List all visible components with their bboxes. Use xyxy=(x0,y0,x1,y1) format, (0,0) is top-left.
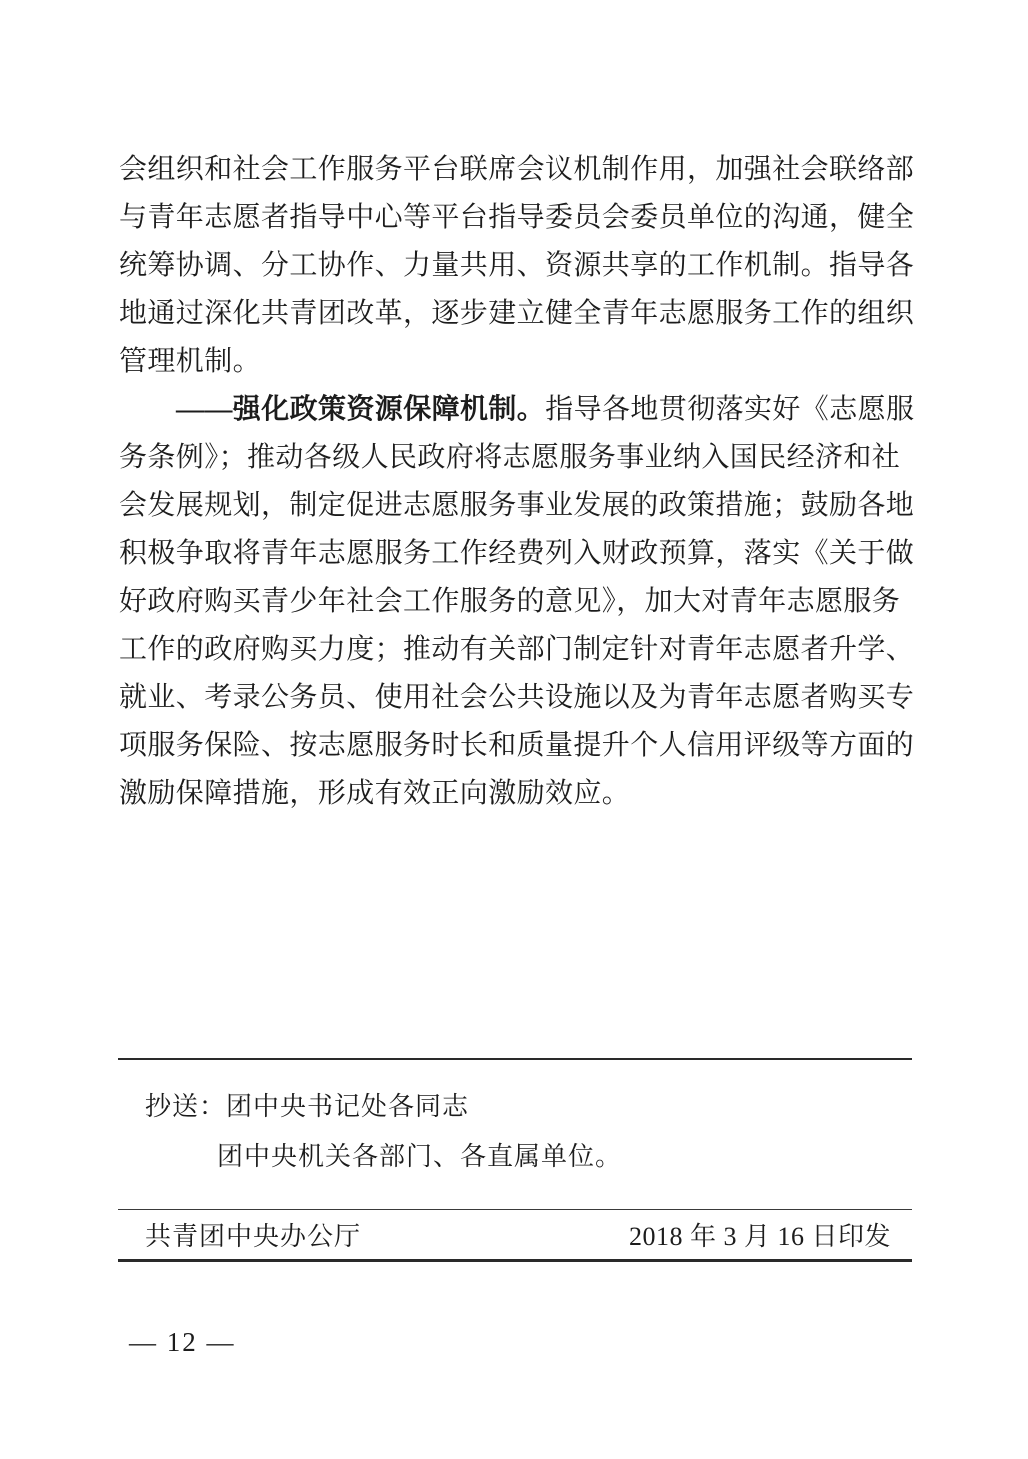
paragraph-line: 会发展规划，制定促进志愿服务事业发展的政策措施；鼓励各地 xyxy=(119,482,913,530)
separator-rule-bottom xyxy=(118,1259,912,1262)
paragraph-line: ——强化政策资源保障机制。指导各地贯彻落实好《志愿服 xyxy=(119,386,913,434)
paragraph-line: 就业、考录公务员、使用社会公共设施以及为青年志愿者购买专 xyxy=(119,674,913,722)
paragraph-line: 地通过深化共青团改革，逐步建立健全青年志愿服务工作的组织 xyxy=(119,290,913,338)
document-page: 会组织和社会工作服务平台联席会议机制作用，加强社会联络部 与青年志愿者指导中心等… xyxy=(0,0,1028,1459)
print-date: 2018 年 3 月 16 日印发 xyxy=(629,1218,891,1255)
issuer-row: 共青团中央办公厅 2018 年 3 月 16 日印发 xyxy=(145,1218,891,1255)
body-text-block: 会组织和社会工作服务平台联席会议机制作用，加强社会联络部 与青年志愿者指导中心等… xyxy=(119,146,913,818)
cc-line: 抄送：团中央书记处各同志 xyxy=(145,1082,622,1132)
paragraph-line: 与青年志愿者指导中心等平台指导委员会委员单位的沟通，健全 xyxy=(119,194,913,242)
paragraph-lead-emphasis: ——强化政策资源保障机制。 xyxy=(176,394,545,425)
paragraph-line-text: 指导各地贯彻落实好《志愿服 xyxy=(545,394,914,425)
separator-rule-top xyxy=(118,1058,912,1060)
paragraph-line: 统筹协调、分工协作、力量共用、资源共享的工作机制。指导各 xyxy=(119,242,913,290)
page-number: — 12 — xyxy=(129,1326,236,1358)
paragraph-line: 激励保障措施，形成有效正向激励效应。 xyxy=(119,770,913,818)
paragraph-line: 管理机制。 xyxy=(119,338,913,386)
paragraph-line: 积极争取将青年志愿服务工作经费列入财政预算，落实《关于做 xyxy=(119,530,913,578)
separator-rule-middle xyxy=(118,1209,912,1210)
cc-recipient: 团中央书记处各同志 xyxy=(226,1092,469,1121)
paragraph-line: 项服务保险、按志愿服务时长和质量提升个人信用评级等方面的 xyxy=(119,722,913,770)
paragraph-line: 好政府购买青少年社会工作服务的意见》，加大对青年志愿服务 xyxy=(119,578,913,626)
cc-line: 团中央机关各部门、各直属单位。 xyxy=(145,1132,622,1182)
paragraph-line: 务条例》；推动各级人民政府将志愿服务事业纳入国民经济和社 xyxy=(119,434,913,482)
cc-section: 抄送：团中央书记处各同志 团中央机关各部门、各直属单位。 xyxy=(145,1082,622,1182)
paragraph-line: 会组织和社会工作服务平台联席会议机制作用，加强社会联络部 xyxy=(119,146,913,194)
cc-label: 抄送： xyxy=(145,1092,226,1121)
paragraph-line: 工作的政府购买力度；推动有关部门制定针对青年志愿者升学、 xyxy=(119,626,913,674)
issuer-name: 共青团中央办公厅 xyxy=(145,1218,361,1255)
